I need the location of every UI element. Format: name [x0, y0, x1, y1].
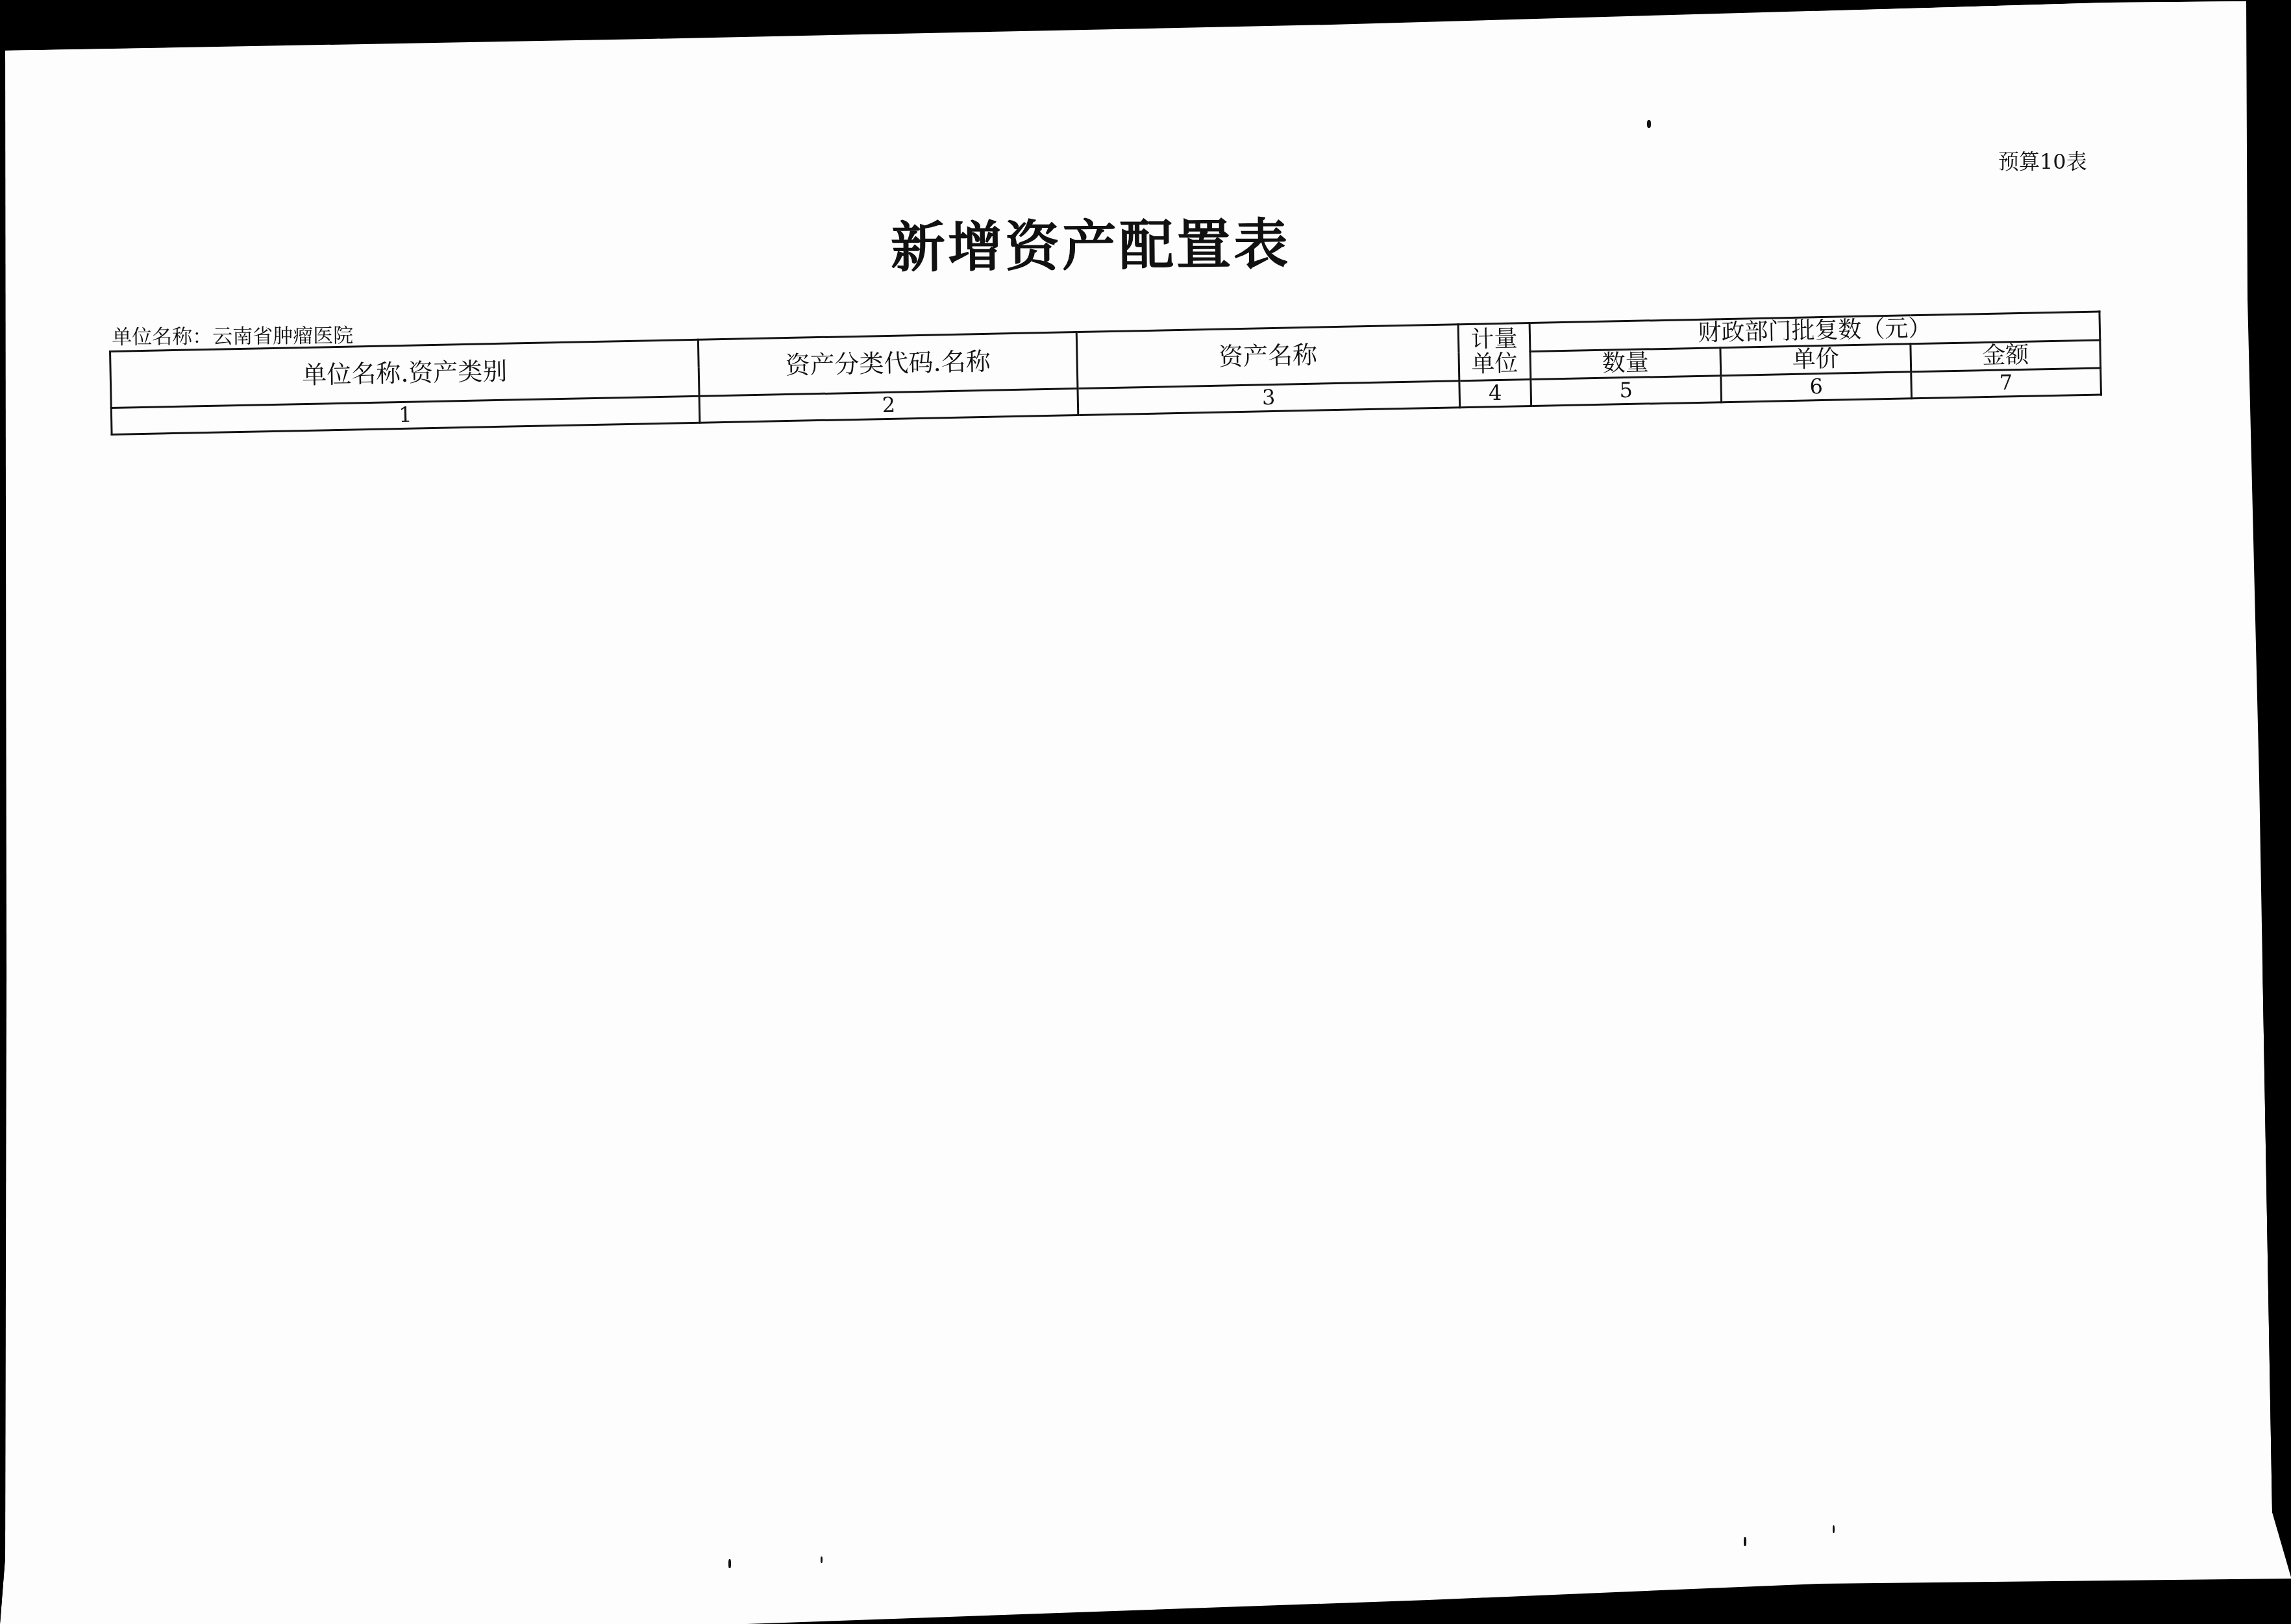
page-title: 新增资产配置表: [890, 201, 1291, 282]
form-number: 预算10表: [1998, 145, 2087, 175]
column-number: 4: [1459, 380, 1531, 408]
unit-name-line: 单位名称：云南省肿瘤医院: [112, 319, 353, 350]
unit-name-value: 云南省肿瘤医院: [212, 324, 353, 349]
header-asset-name: 资产名称: [1076, 325, 1459, 389]
header-measure-unit-line2: 单位: [1459, 351, 1529, 377]
scan-speck: [1647, 120, 1651, 128]
scan-speck: [1744, 1537, 1746, 1546]
column-number: 5: [1531, 376, 1722, 406]
header-unit-price: 单价: [1720, 343, 1911, 375]
header-asset-class-code-name: 资产分类代码.名称: [698, 332, 1078, 397]
header-measure-unit-line1: 计量: [1459, 326, 1529, 352]
column-number: 6: [1721, 372, 1912, 402]
scan-speck: [728, 1559, 731, 1568]
scan-speck: [821, 1556, 823, 1563]
scan-speck: [1833, 1525, 1835, 1533]
header-measure-unit: 计量 单位: [1458, 323, 1531, 381]
unit-name-label: 单位名称：: [112, 325, 212, 349]
column-number: 7: [1911, 368, 2101, 399]
header-amount: 金额: [1911, 339, 2101, 371]
header-quantity: 数量: [1530, 347, 1721, 379]
